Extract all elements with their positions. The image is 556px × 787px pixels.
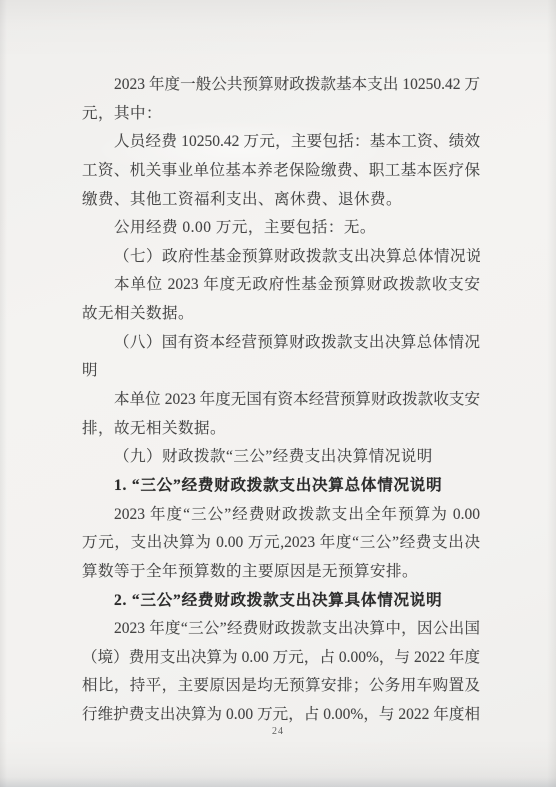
document-line: 2. “三公”经费财政拨款支出决算具体情况说明 bbox=[82, 587, 480, 616]
page-number: 24 bbox=[0, 726, 556, 737]
document-line: 缴费、其他工资福利支出、离休费、退休费。 bbox=[82, 186, 480, 215]
document-line: 本单位 2023 年度无政府性基金预算财政拨款收支安排， bbox=[82, 271, 480, 300]
document-line: 2023 年度一般公共预算财政拨款基本支出 10250.42 万 bbox=[82, 71, 480, 100]
document-line: 1. “三公”经费财政拨款支出决算总体情况说明 bbox=[82, 472, 480, 501]
document-line: （九）财政拨款“三公”经费支出决算情况说明 bbox=[82, 443, 480, 472]
document-line: 故无相关数据。 bbox=[82, 300, 480, 329]
document-line: 公用经费 0.00 万元，主要包括：无。 bbox=[82, 214, 480, 243]
document-line: 万元，支出决算为 0.00 万元,2023 年度“三公”经费支出决 bbox=[82, 529, 480, 558]
document-line: 元，其中： bbox=[82, 100, 480, 129]
document-line: 人员经费 10250.42 万元，主要包括：基本工资、绩效 bbox=[82, 128, 480, 157]
document-line: 明 bbox=[82, 357, 480, 386]
document-body: 2023 年度一般公共预算财政拨款基本支出 10250.42 万元，其中：人员经… bbox=[82, 71, 480, 730]
document-line: 2023 年度“三公”经费财政拨款支出决算中，因公出国 bbox=[82, 615, 480, 644]
document-page: 2023 年度一般公共预算财政拨款基本支出 10250.42 万元，其中：人员经… bbox=[0, 0, 556, 787]
document-line: （八）国有资本经营预算财政拨款支出决算总体情况说 bbox=[82, 329, 480, 358]
document-line: 2023 年度“三公”经费财政拨款支出全年预算为 0.00 bbox=[82, 501, 480, 530]
document-line: 工资、机关事业单位基本养老保险缴费、职工基本医疗保险 bbox=[82, 157, 480, 186]
document-line: （七）政府性基金预算财政拨款支出决算总体情况说明 bbox=[82, 243, 480, 272]
document-line: 排，故无相关数据。 bbox=[82, 415, 480, 444]
document-line: （境）费用支出决算为 0.00 万元，占 0.00%，与 2022 年度 bbox=[82, 644, 480, 673]
document-line: 本单位 2023 年度无国有资本经营预算财政拨款收支安 bbox=[82, 386, 480, 415]
document-line: 相比，持平，主要原因是均无预算安排；公务用车购置及运 bbox=[82, 672, 480, 701]
document-line: 算数等于全年预算数的主要原因是无预算安排。 bbox=[82, 558, 480, 587]
